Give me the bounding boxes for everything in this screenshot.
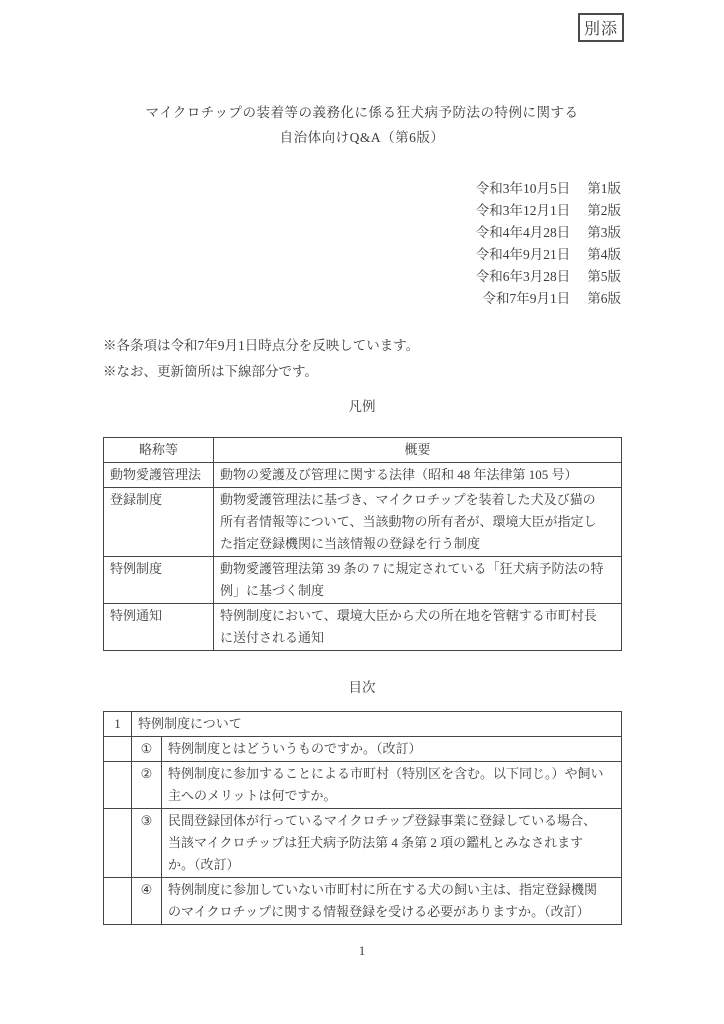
toc-empty-cell [104, 878, 132, 925]
table-row: 登録制度 動物愛護管理法に基づき、マイクロチップを装着した犬及び猫の 所有者情報… [104, 488, 622, 557]
version-date: 令和7年9月1日 [483, 291, 571, 306]
toc-section-number: 1 [104, 712, 132, 737]
toc-item-number: ③ [132, 809, 162, 878]
version-number: 第2版 [587, 203, 621, 218]
toc-item-text: 特例制度に参加していない市町村に所在する犬の飼い主は、指定登録機関 のマイクロチ… [162, 878, 622, 925]
toc-table: 1 特例制度について ① 特例制度とはどういうものですか。（改訂） ② 特例制度… [103, 711, 622, 925]
abbreviation-cell: 特例通知 [104, 604, 214, 651]
version-entry: 令和4年9月21日第4版 [0, 244, 621, 266]
table-header-row: 略称等 概要 [104, 438, 622, 463]
toc-item-text: 特例制度とはどういうものですか。（改訂） [162, 737, 622, 762]
toc-item-row: ④ 特例制度に参加していない市町村に所在する犬の飼い主は、指定登録機関 のマイク… [104, 878, 622, 925]
version-date: 令和3年12月1日 [476, 203, 571, 218]
version-date: 令和6年3月28日 [476, 269, 571, 284]
toc-item-row: ② 特例制度に参加することによる市町村（特別区を含む。以下同じ。）や飼い 主への… [104, 762, 622, 809]
abbreviation-cell: 動物愛護管理法 [104, 463, 214, 488]
title-line-1: マイクロチップの装着等の義務化に係る狂犬病予防法の特例に関する [0, 100, 724, 125]
summary-cell: 動物の愛護及び管理に関する法律（昭和 48 年法律第 105 号） [214, 463, 622, 488]
version-date: 令和3年10月5日 [476, 181, 571, 196]
abbreviation-cell: 特例制度 [104, 557, 214, 604]
summary-cell: 動物愛護管理法第 39 条の 7 に規定されている「狂犬病予防法の特 例」に基づ… [214, 557, 622, 604]
version-entry: 令和6年3月28日第5版 [0, 266, 621, 288]
note-line: ※各条項は令和7年9月1日時点分を反映しています。 [103, 333, 724, 359]
version-number: 第3版 [587, 225, 621, 240]
summary-cell: 特例制度において、環境大臣から犬の所在地を管轄する市町村長 に送付される通知 [214, 604, 622, 651]
attachment-tag: 別添 [578, 13, 624, 42]
table-row: 動物愛護管理法 動物の愛護及び管理に関する法律（昭和 48 年法律第 105 号… [104, 463, 622, 488]
version-number: 第1版 [587, 181, 621, 196]
toc-empty-cell [104, 737, 132, 762]
toc-item-row: ③ 民間登録団体が行っているマイクロチップ登録事業に登録している場合、 当該マイ… [104, 809, 622, 878]
summary-cell: 動物愛護管理法に基づき、マイクロチップを装着した犬及び猫の 所有者情報等について… [214, 488, 622, 557]
toc-empty-cell [104, 762, 132, 809]
toc-item-number: ① [132, 737, 162, 762]
version-date: 令和4年9月21日 [476, 247, 571, 262]
table-row: 特例制度 動物愛護管理法第 39 条の 7 に規定されている「狂犬病予防法の特 … [104, 557, 622, 604]
version-number: 第4版 [587, 247, 621, 262]
version-number: 第6版 [587, 291, 621, 306]
header-summary: 概要 [214, 438, 622, 463]
version-history: 令和3年10月5日第1版 令和3年12月1日第2版 令和4年4月28日第3版 令… [0, 178, 724, 310]
page-number: 1 [0, 943, 724, 959]
title-line-2: 自治体向けQ&A（第6版） [0, 125, 724, 150]
toc-item-row: ① 特例制度とはどういうものですか。（改訂） [104, 737, 622, 762]
notes-block: ※各条項は令和7年9月1日時点分を反映しています。 ※なお、更新箇所は下線部分で… [0, 333, 724, 385]
header-abbreviation: 略称等 [104, 438, 214, 463]
note-line: ※なお、更新箇所は下線部分です。 [103, 359, 724, 385]
document-page: 別添 マイクロチップの装着等の義務化に係る狂犬病予防法の特例に関する 自治体向け… [0, 0, 724, 1024]
version-entry: 令和3年10月5日第1版 [0, 178, 621, 200]
toc-heading: 目次 [0, 677, 724, 699]
toc-section-title: 特例制度について [132, 712, 622, 737]
toc-section-row: 1 特例制度について [104, 712, 622, 737]
version-entry: 令和3年12月1日第2版 [0, 200, 621, 222]
abbreviation-cell: 登録制度 [104, 488, 214, 557]
toc-item-number: ② [132, 762, 162, 809]
toc-item-text: 特例制度に参加することによる市町村（特別区を含む。以下同じ。）や飼い 主へのメリ… [162, 762, 622, 809]
version-date: 令和4年4月28日 [476, 225, 571, 240]
version-entry: 令和7年9月1日第6版 [0, 288, 621, 310]
toc-item-number: ④ [132, 878, 162, 925]
version-number: 第5版 [587, 269, 621, 284]
table-row: 特例通知 特例制度において、環境大臣から犬の所在地を管轄する市町村長 に送付され… [104, 604, 622, 651]
toc-item-text: 民間登録団体が行っているマイクロチップ登録事業に登録している場合、 当該マイクロ… [162, 809, 622, 878]
toc-empty-cell [104, 809, 132, 878]
version-entry: 令和4年4月28日第3版 [0, 222, 621, 244]
legend-heading: 凡例 [0, 396, 724, 418]
legend-table: 略称等 概要 動物愛護管理法 動物の愛護及び管理に関する法律（昭和 48 年法律… [103, 437, 622, 651]
